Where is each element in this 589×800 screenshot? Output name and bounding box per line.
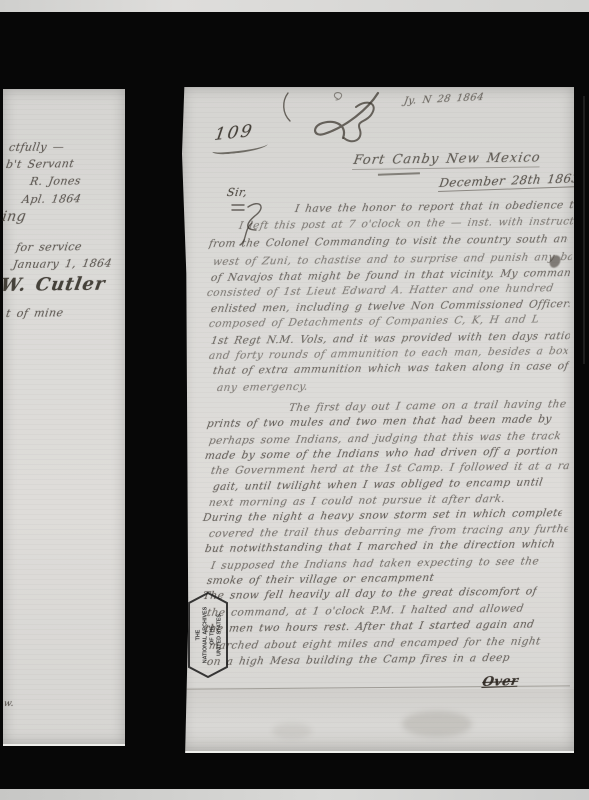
body-line: any emergency. [216, 381, 309, 394]
left-page-fragment: R. Jones [29, 174, 82, 188]
body-line: and forty rounds of ammunition to each m… [208, 345, 569, 362]
scanner-edge-bottom [0, 789, 589, 800]
body-line: covered the trail thus debarring me from… [208, 523, 569, 540]
left-page-fragment: b't Servant [5, 157, 75, 171]
body-line: enlisted men, including g twelve Non Com… [210, 298, 571, 315]
body-line: composed of Detachments of Companies C, … [208, 313, 540, 330]
body-line: marched about eight miles and encamped f… [208, 635, 542, 652]
heading-underline [378, 172, 420, 179]
body-line: of Navajos that might be found in that v… [210, 267, 571, 284]
signature-fragment: W. Cutler [0, 274, 107, 296]
endorsement-flourish [280, 87, 400, 147]
heading-date: December 28th 1863 [438, 171, 581, 192]
body-line: the command, at 1 o'clock P.M. I halted … [206, 603, 525, 619]
body-line: gait, until twilight when I was obliged … [212, 476, 544, 493]
body-line: that of extra ammunition which was taken… [212, 360, 570, 377]
body-line: The first day out I came on a trail havi… [288, 398, 567, 414]
body-line: During the night a heavy snow storm set … [202, 507, 563, 524]
national-archives-stamp: THE NATIONAL ARCHIVES OF THE UNITED STAT… [188, 592, 228, 678]
document-scan: ctfully — b't Servant R. Jones Apl. 1864… [0, 0, 589, 800]
stamp-line: OF THE [210, 625, 216, 645]
body-line: next morning as I could not pursue it af… [208, 493, 506, 509]
left-partial-page: ctfully — b't Servant R. Jones Apl. 1864… [3, 89, 125, 746]
left-page-fragment: Apl. 1864 [21, 192, 82, 206]
body-line: 1st Regt N.M. Vols, and it was provided … [210, 330, 571, 347]
body-line: prints of two mules and two men that had… [206, 413, 553, 430]
heading-place: Fort Canby New Mexico [352, 150, 542, 170]
body-line: on a high Mesa building the Camp fires i… [206, 652, 511, 668]
body-line: smoke of their village or encampment [206, 572, 435, 587]
left-page-fragment: t of mine [5, 306, 65, 320]
stamp-line: NATIONAL ARCHIVES [203, 606, 209, 663]
sheet-lower-blank [182, 689, 574, 751]
body-line: I left this post at 7 o'clock on the — i… [238, 215, 589, 232]
body-line: I have the honor to report that in obedi… [294, 198, 589, 215]
main-page: Jy. N 28 1864 109 Fort Canby New Mexico … [182, 87, 574, 753]
left-page-fragment: for service [15, 240, 83, 254]
stamp-hexagon: THE NATIONAL ARCHIVES OF THE UNITED STAT… [188, 592, 228, 678]
docket-note: Jy. N 28 1864 [403, 92, 485, 107]
body-line: I supposed the Indians had taken expecti… [210, 555, 540, 572]
body-line: the men two hours rest. After that I sta… [204, 618, 535, 635]
body-line: The snow fell heavily all day to the gre… [202, 585, 538, 602]
stamp-line: THE [196, 629, 202, 640]
scanner-edge-top [0, 0, 589, 12]
left-page-fragment: ctfully — [8, 140, 65, 154]
scan-artifact-streak [583, 96, 585, 364]
stamp-line: UNITED STATES [217, 614, 223, 656]
body-line: perhaps some Indians, and judging that t… [208, 430, 562, 447]
body-line: made by some of the Indians who had driv… [204, 445, 565, 462]
body-line: but notwithstanding that I marched in th… [204, 538, 556, 555]
body-line: the Government herd at the 1st Camp. I f… [210, 460, 571, 477]
body-line: consisted of 1st Lieut Edward A. Hatter … [206, 282, 554, 299]
body-line: west of Zuni, to chastise and to surpris… [212, 251, 573, 268]
left-page-fragment: w. [3, 699, 15, 709]
left-page-fragment: ing [1, 209, 27, 225]
left-page-fragment: January 1, 1864 [12, 257, 113, 271]
